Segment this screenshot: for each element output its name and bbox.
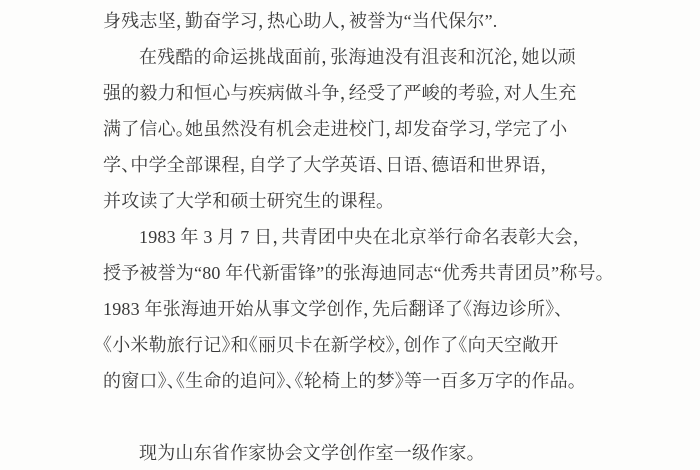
document-page: 身残志坚，勤奋学习，热心助人，被誉为“当代保尔”. 在残酷的命运挑战面前，张海迪… [0,0,700,470]
text-line-7: 1983 年 3 月 7 日，共青团中央在北京举行命名表彰大会， [103,219,700,255]
blank-line [103,399,700,435]
text-line-2: 在残酷的命运挑战面前，张海迪没有沮丧和沉沦，她以顽 [103,39,700,75]
text-line-4: 满了信心。她虽然没有机会走进校门，却发奋学习，学完了小 [103,111,700,147]
text-line-5: 学、中学全部课程，自学了大学英语、日语、德语和世界语， [103,147,700,183]
text-line-11: 的窗口》、《生命的追问》、《轮椅上的梦》等一百多万字的作品。 [103,363,700,399]
text-line-8: 授予被誉为“80 年代新雷锋”的张海迪同志“优秀共青团员”称号。 [103,255,700,291]
text-line-1: 身残志坚，勤奋学习，热心助人，被誉为“当代保尔”. [103,3,700,39]
text-line-6: 并攻读了大学和硕士研究生的课程。 [103,183,700,219]
text-line-9: 1983 年张海迪开始从事文学创作，先后翻译了《海边诊所》、 [103,291,700,327]
text-line-12: 现为山东省作家协会文学创作室一级作家。 [103,435,700,470]
text-line-10: 《小米勒旅行记》和《丽贝卡在新学校》，创作了《向天空敞开 [103,327,700,363]
text-line-3: 强的毅力和恒心与疾病做斗争，经受了严峻的考验，对人生充 [103,75,700,111]
